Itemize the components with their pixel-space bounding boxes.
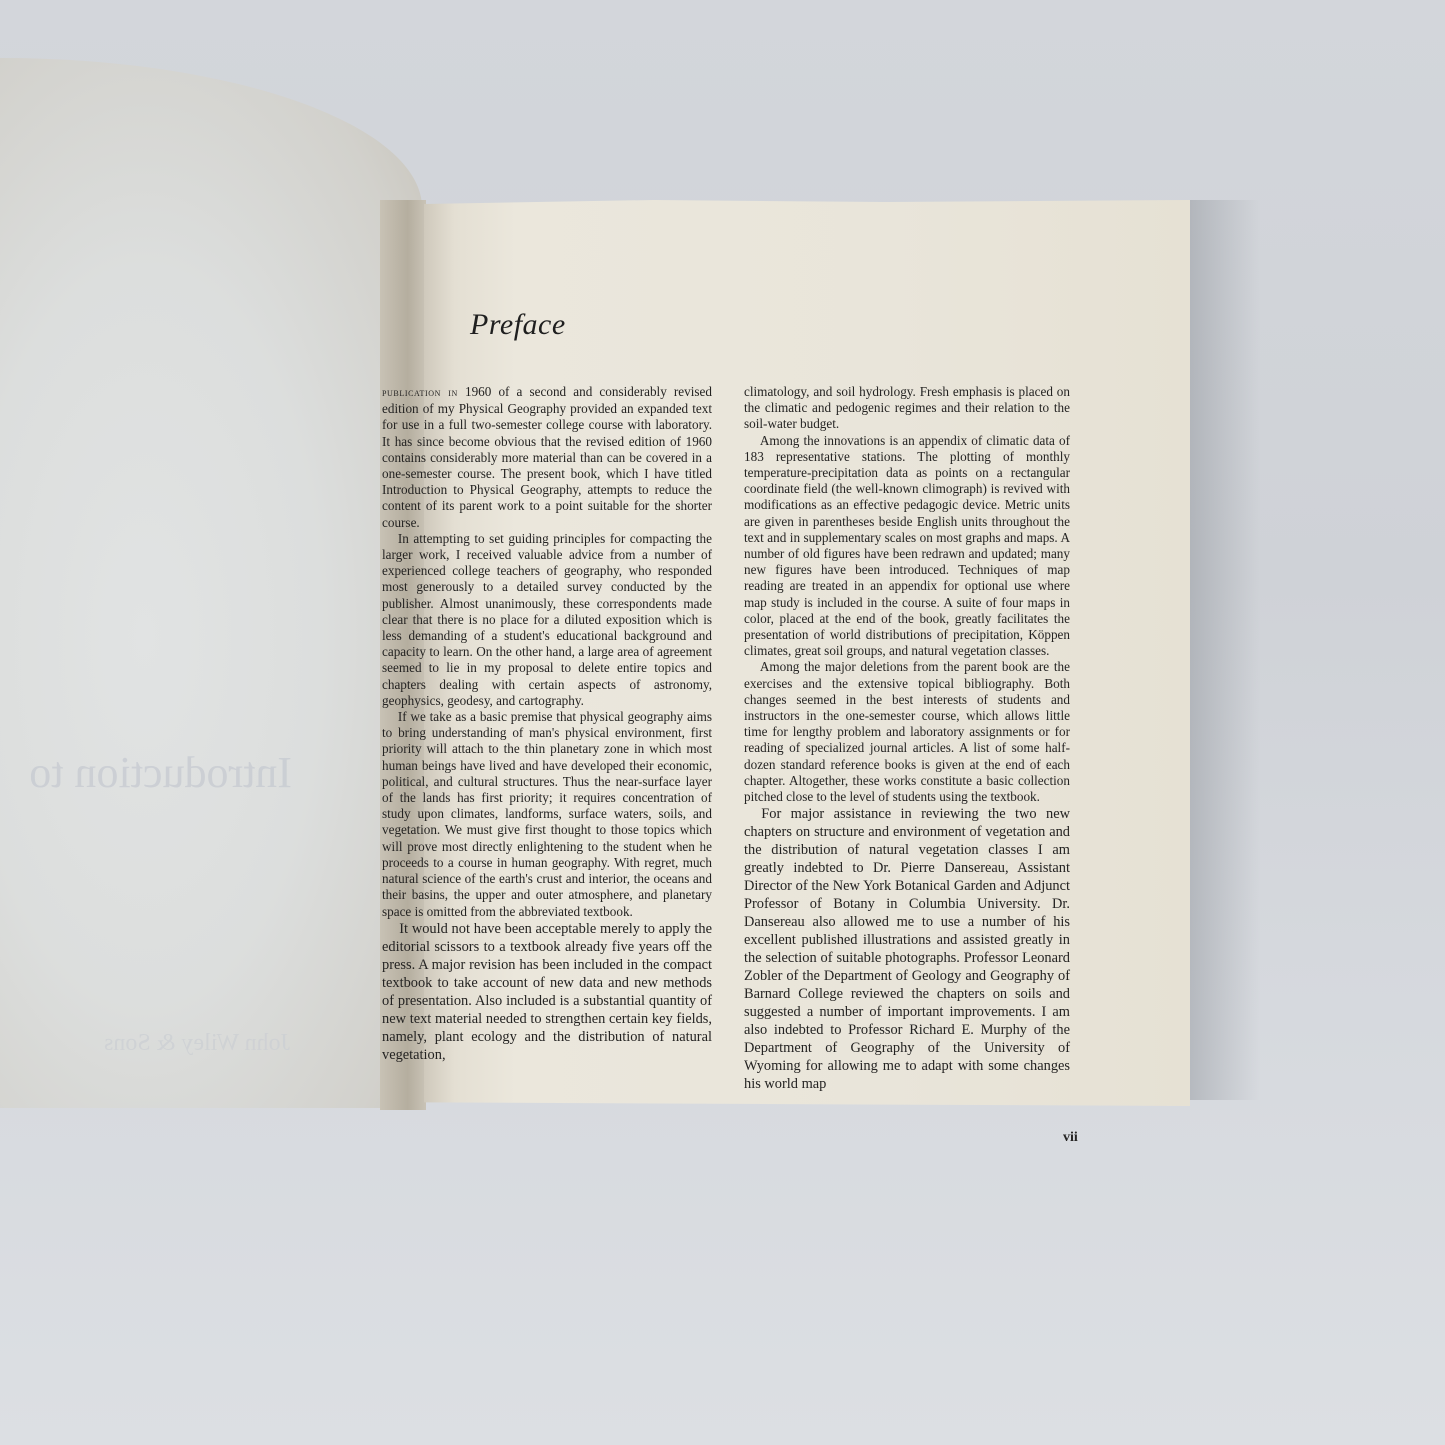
left-page-show-through-title: Introduction to bbox=[42, 747, 292, 798]
paragraph: publication in 1960 of a second and cons… bbox=[382, 384, 712, 531]
page-number: vii bbox=[1063, 1130, 1078, 1146]
left-page-show-through-publisher: John Wiley & Sons bbox=[60, 1030, 290, 1057]
paragraph: If we take as a basic premise that physi… bbox=[382, 709, 712, 920]
paragraph: It would not have been acceptable merely… bbox=[382, 920, 712, 1064]
left-page bbox=[0, 58, 422, 1108]
text-column-left: publication in 1960 of a second and cons… bbox=[382, 384, 712, 1064]
paragraph: For major assistance in reviewing the tw… bbox=[744, 805, 1070, 1093]
photo-scene: Introduction to John Wiley & Sons Prefac… bbox=[0, 0, 1445, 1445]
paragraph: Among the innovations is an appendix of … bbox=[744, 433, 1070, 660]
paragraph: Among the major deletions from the paren… bbox=[744, 659, 1070, 805]
text-column-right: climatology, and soil hydrology. Fresh e… bbox=[744, 384, 1070, 1093]
page-shadow bbox=[1190, 200, 1260, 1100]
paragraph: In attempting to set guiding principles … bbox=[382, 531, 712, 709]
paragraph: climatology, and soil hydrology. Fresh e… bbox=[744, 384, 1070, 433]
lead-in-smallcaps: publication in bbox=[382, 387, 458, 399]
page-title: Preface bbox=[470, 308, 566, 342]
